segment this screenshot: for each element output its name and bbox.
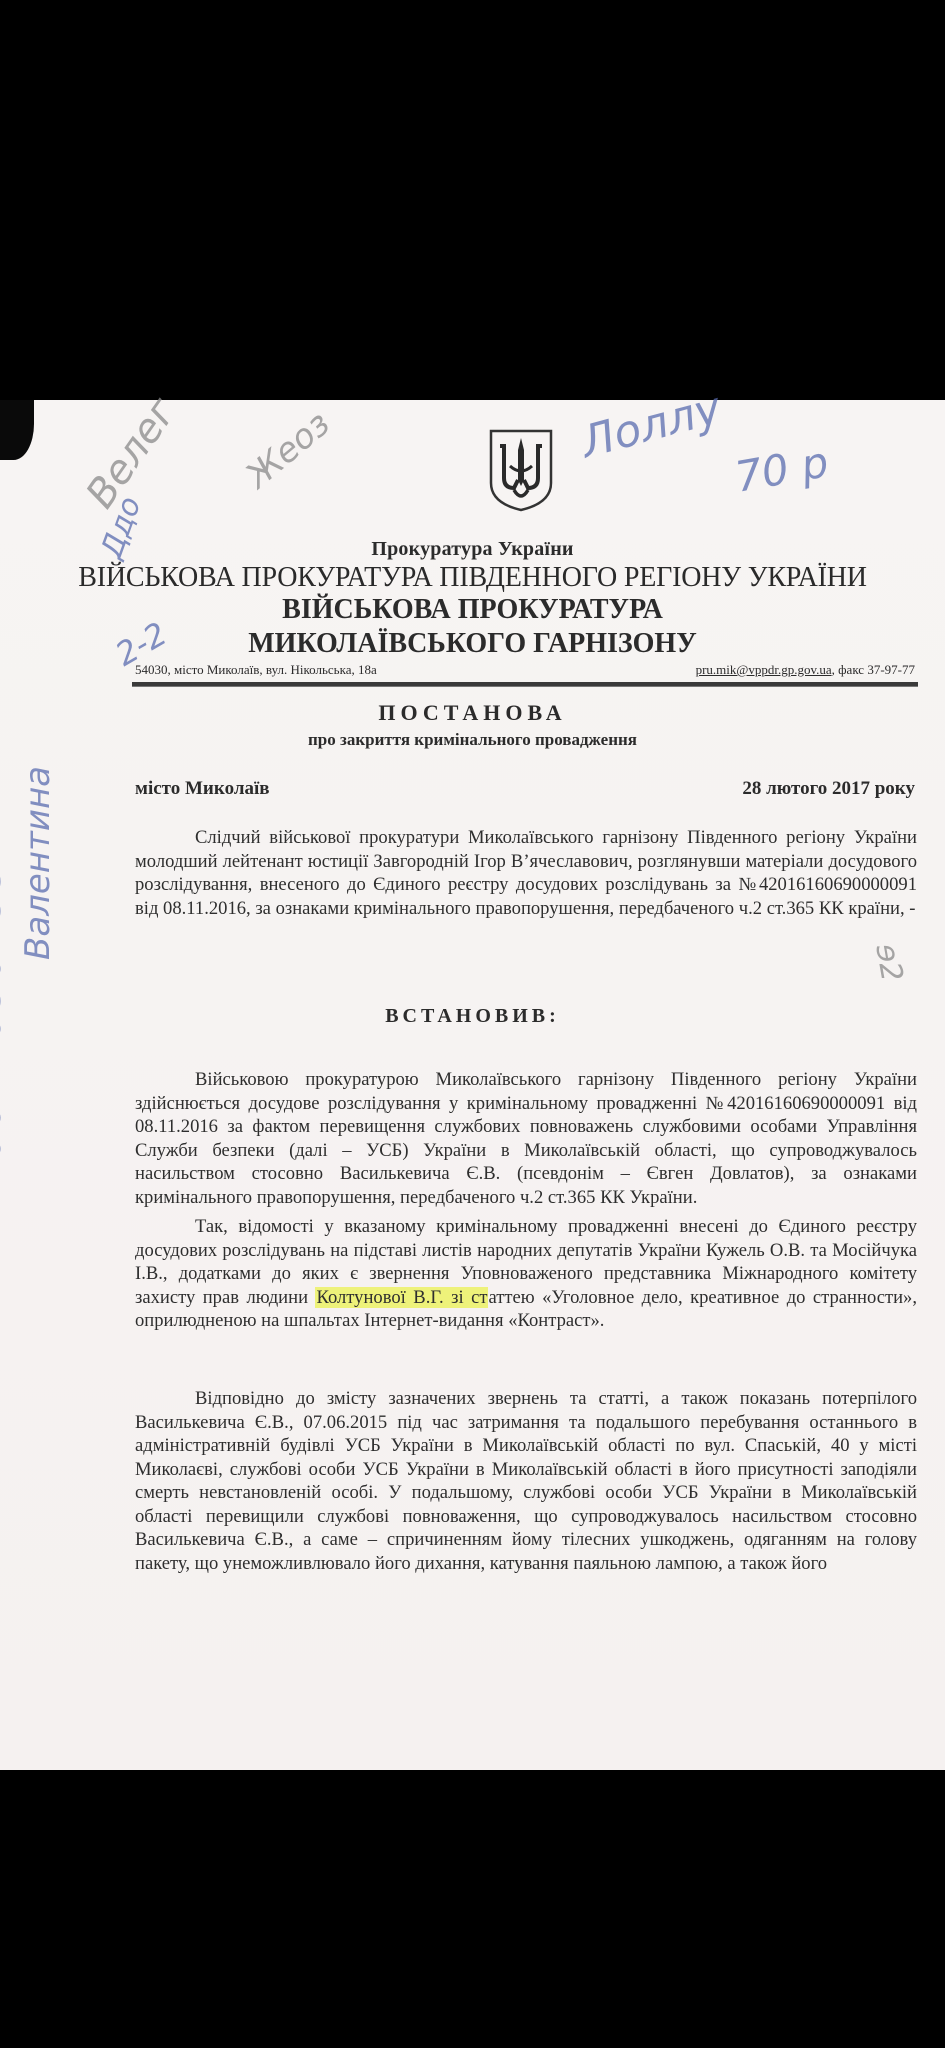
established-heading: ВСТАНОВИВ: — [0, 1005, 945, 1028]
document-subtitle: про закриття кримінального провадження — [0, 730, 945, 750]
paragraph-intro: Слідчий військової прокуратури Миколаївс… — [135, 826, 917, 920]
handwritten-number: 70 р — [731, 437, 832, 501]
handwritten-signature: Жеоз — [238, 404, 338, 497]
document-title: ПОСТАНОВА — [0, 700, 945, 726]
city: місто Миколаїв — [135, 778, 270, 800]
handwritten-signature: Велег — [77, 389, 185, 516]
city-date-row: місто Миколаїв 28 лютого 2017 року — [135, 778, 915, 800]
handwritten-scribble: Лоллу — [576, 382, 727, 468]
address-row: 54030, місто Миколаїв, вул. Нікольська, … — [135, 662, 915, 678]
paragraph-investigation: Військовою прокуратурою Миколаївського г… — [135, 1068, 917, 1209]
date: 28 лютого 2017 року — [742, 778, 915, 800]
paragraph-allegations: Відповідно до змісту зазначених звернень… — [135, 1387, 917, 1575]
torn-corner — [0, 400, 34, 460]
highlighted-name: Колтунової В.Г. зі ст — [315, 1287, 488, 1308]
email-link[interactable]: pru.mik@vppdr.gp.gov.ua — [696, 662, 832, 677]
fax-number: , факс 37-97-77 — [832, 662, 915, 677]
contact-info: pru.mik@vppdr.gp.gov.ua, факс 37-97-77 — [696, 662, 915, 678]
header-southern-region: ВІЙСЬКОВА ПРОКУРАТУРА ПІВДЕННОГО РЕГІОНУ… — [0, 562, 945, 594]
handwritten-mark: ɘ2 — [868, 941, 909, 984]
paragraph-sources: Так, відомості у вказаному кримінальному… — [135, 1215, 917, 1333]
header-military-prosecutor: ВІЙСЬКОВА ПРОКУРАТУРА — [0, 594, 945, 626]
header-divider — [132, 682, 918, 687]
handwritten-name: Валентина — [18, 766, 58, 960]
trident-coat-of-arms-icon — [488, 428, 554, 512]
header-garrison: МИКОЛАЇВСЬКОГО ГАРНІЗОНУ — [0, 628, 945, 660]
postal-address: 54030, місто Миколаїв, вул. Нікольська, … — [135, 662, 377, 678]
header-prosecutor-ukraine: Прокуратура України — [0, 538, 945, 561]
document-page: Прокуратура України ВІЙСЬКОВА ПРОКУРАТУР… — [0, 400, 945, 1770]
